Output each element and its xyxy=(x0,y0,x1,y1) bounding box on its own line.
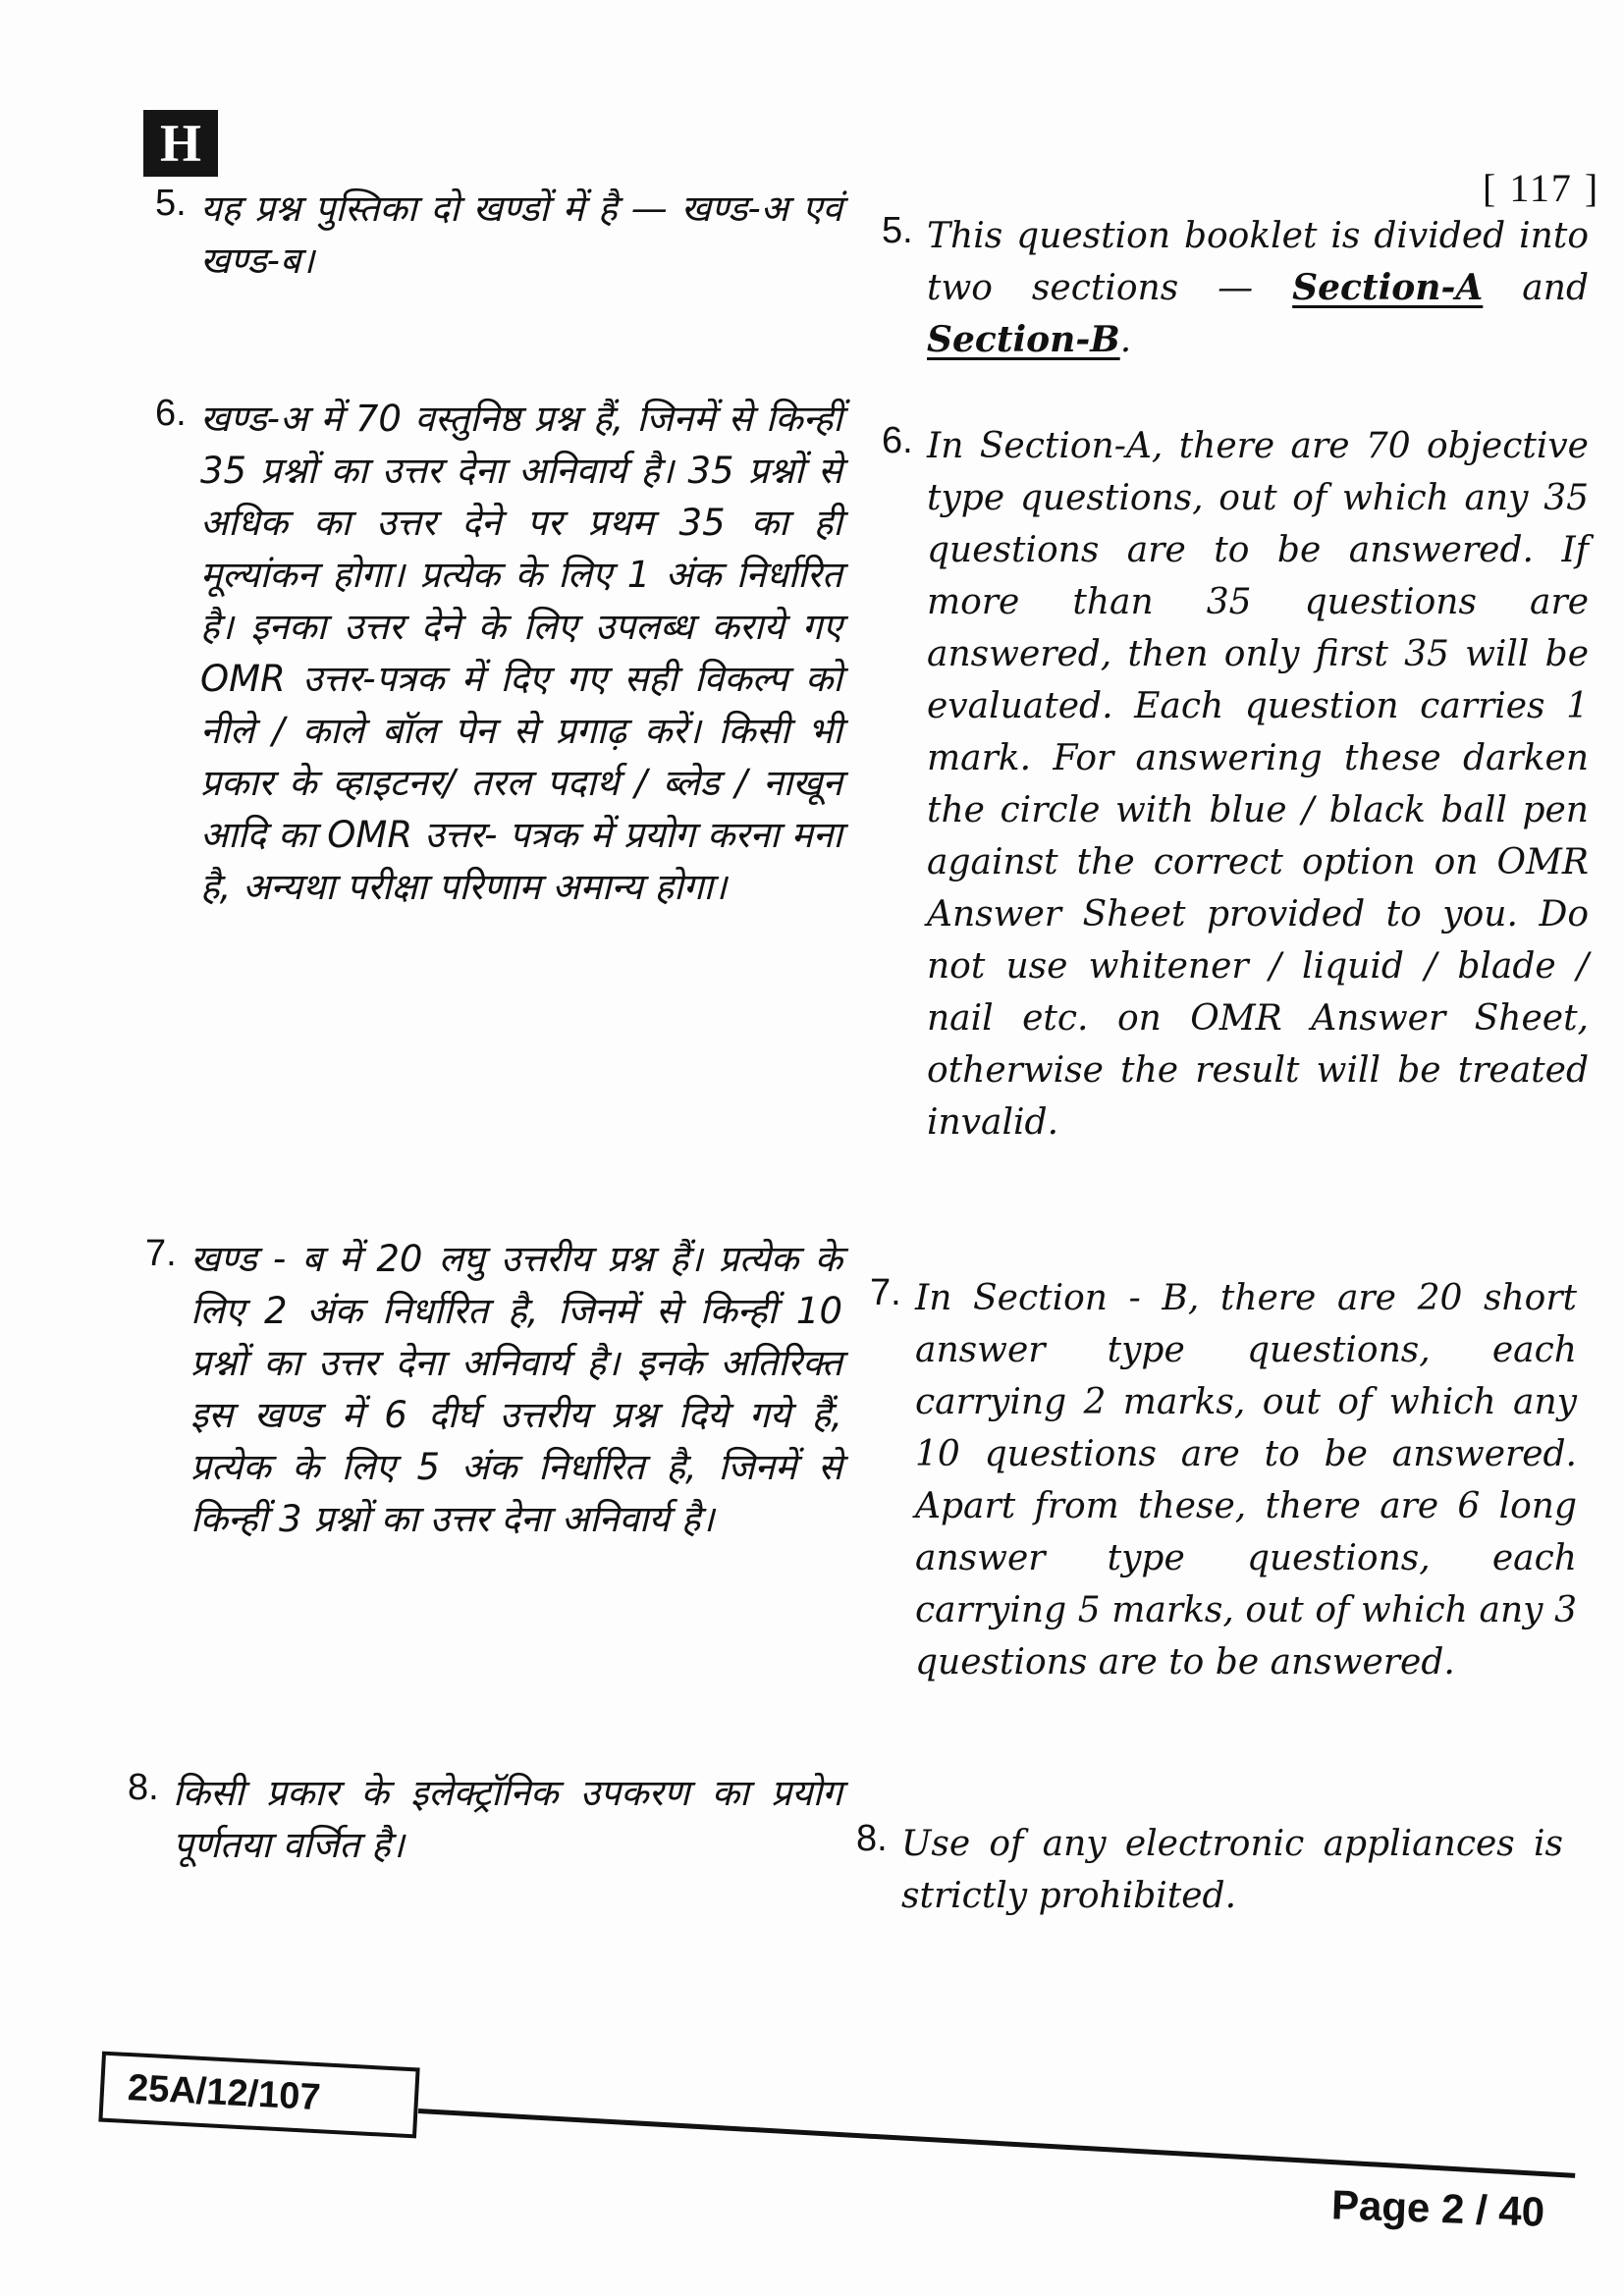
english-instruction-7: 7. In Section - B, there are 20 short an… xyxy=(870,1272,1577,1688)
set-code-badge: H xyxy=(143,110,218,177)
english-instruction-8: 8. Use of any electronic appliances is s… xyxy=(856,1818,1563,1922)
instruction-text: Use of any electronic appliances is stri… xyxy=(901,1818,1563,1922)
english-instruction-6: 6. In Section-A, there are 70 objective … xyxy=(882,420,1589,1148)
hindi-instruction-8: 8. किसी प्रकार के इलेक्ट्रॉनिक उपकरण का … xyxy=(128,1767,842,1871)
instruction-text: यह प्रश्न पुस्तिका दो खण्डों में है — खण… xyxy=(200,183,842,287)
instruction-number: 7. xyxy=(870,1272,915,1688)
instruction-number: 8. xyxy=(856,1818,901,1922)
section-a-label: Section-A xyxy=(1292,267,1483,308)
hindi-instruction-7: 7. खण्ड - ब में 20 लघु उत्तरीय प्रश्न है… xyxy=(145,1233,842,1545)
english-instruction-5: 5. This question booklet is divided into… xyxy=(882,210,1589,366)
exam-instructions-page: H [ 117 ] 5. यह प्रश्न पुस्तिका दो खण्डो… xyxy=(0,0,1624,2296)
page-code: [ 117 ] xyxy=(1483,165,1599,211)
instruction-number: 6. xyxy=(155,393,200,913)
instruction-number: 5. xyxy=(155,183,200,287)
page-number: Page 2 / 40 xyxy=(1330,2181,1545,2236)
instruction-text: This question booklet is divided into tw… xyxy=(927,210,1589,366)
hindi-instruction-6: 6. खण्ड-अ में 70 वस्तुनिष्ठ प्रश्न हैं, … xyxy=(155,393,842,913)
instruction-number: 7. xyxy=(145,1233,190,1545)
instruction-text-mid: and xyxy=(1483,268,1589,308)
paper-code-box: 25A/12/107 xyxy=(98,2052,419,2139)
instruction-number: 6. xyxy=(882,420,927,1148)
instruction-text: खण्ड-अ में 70 वस्तुनिष्ठ प्रश्न हैं, जिन… xyxy=(200,393,842,913)
footer-divider xyxy=(418,2109,1575,2178)
section-b-label: Section-B xyxy=(927,319,1120,360)
instruction-text: In Section - B, there are 20 short answe… xyxy=(915,1272,1577,1688)
instruction-text: किसी प्रकार के इलेक्ट्रॉनिक उपकरण का प्र… xyxy=(173,1767,842,1871)
hindi-instruction-5: 5. यह प्रश्न पुस्तिका दो खण्डों में है —… xyxy=(155,183,842,287)
instruction-text: खण्ड - ब में 20 लघु उत्तरीय प्रश्न हैं। … xyxy=(190,1233,842,1545)
instruction-text-end: . xyxy=(1120,320,1131,360)
instruction-number: 5. xyxy=(882,210,927,366)
instruction-text: In Section-A, there are 70 objective typ… xyxy=(927,420,1589,1148)
instruction-number: 8. xyxy=(128,1767,173,1871)
